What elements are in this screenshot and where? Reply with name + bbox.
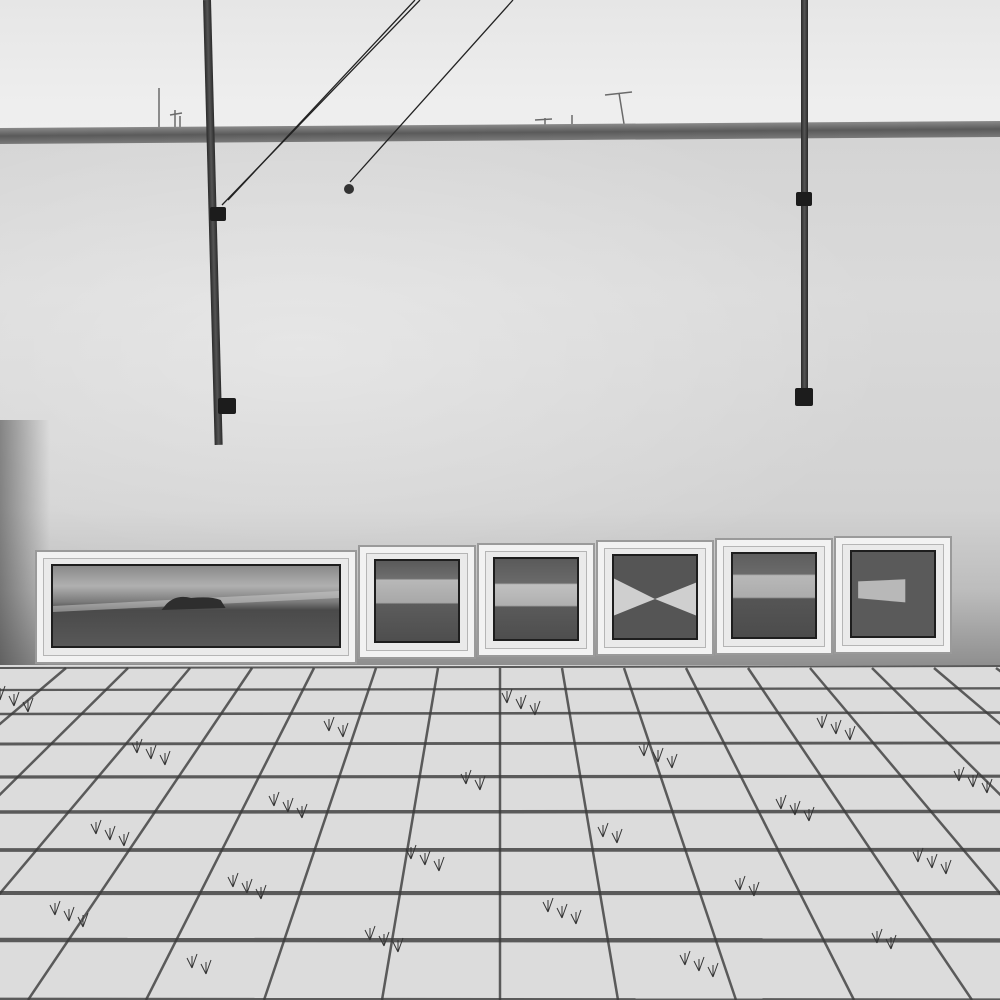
frame-square-3 <box>596 540 714 656</box>
artwork-bowtie <box>612 554 698 640</box>
frame-square-5 <box>834 536 952 654</box>
frame-square-4 <box>715 538 833 655</box>
artwork-band-4 <box>850 550 936 638</box>
artwork-seascape <box>51 564 341 648</box>
artwork-band-3 <box>731 552 817 639</box>
frame-panoramic <box>35 550 357 664</box>
frame-square-1 <box>358 545 476 659</box>
framed-artworks <box>0 0 1000 1000</box>
artwork-band-1 <box>374 559 460 643</box>
artwork-band-2 <box>493 557 579 641</box>
photo-scene <box>0 0 1000 1000</box>
frame-square-2 <box>477 543 595 657</box>
